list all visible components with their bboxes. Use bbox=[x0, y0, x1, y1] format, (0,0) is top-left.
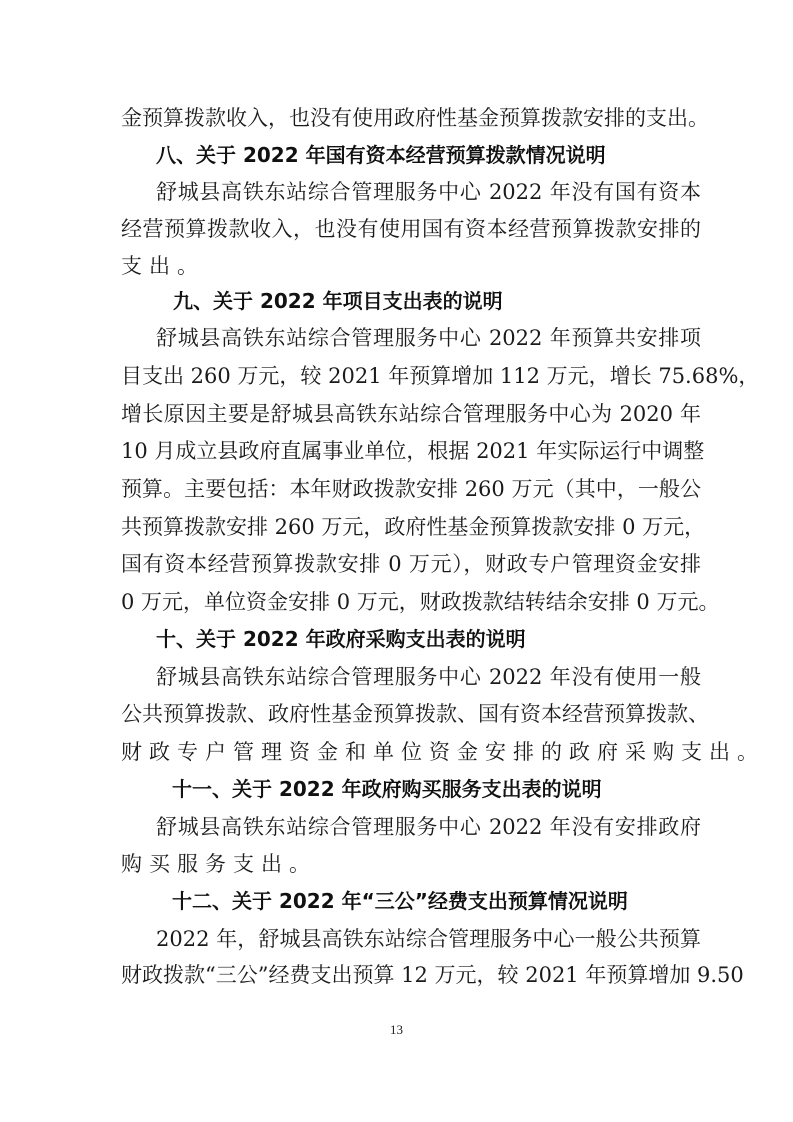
section-heading-9: 九、关于 2022 年项目支出表的说明 bbox=[173, 283, 503, 320]
body-text-line: 国有资本经营预算拨款安排 0 万元），财政专户管理资金安排 bbox=[121, 546, 701, 583]
body-text-line: 经营预算拨款收入，也没有使用国有资本经营预算拨款安排的 bbox=[121, 211, 701, 248]
section-heading-8: 八、关于 2022 年国有资本经营预算拨款情况说明 bbox=[156, 137, 606, 174]
section-heading-11: 十一、关于 2022 年政府购买服务支出表的说明 bbox=[172, 771, 602, 808]
body-text-line: 增长原因主要是舒城县高铁东站综合管理服务中心为 2020 年 bbox=[121, 396, 701, 433]
body-text-line: 购买服务支出。 bbox=[121, 846, 701, 883]
body-text-line: 0 万元，单位资金安排 0 万元，财政拨款结转结余安排 0 万元。 bbox=[121, 584, 701, 621]
body-text-line: 舒城县高铁东站综合管理服务中心 2022 年没有使用一般 bbox=[156, 659, 701, 696]
section-heading-12: 十二、关于 2022 年“三公”经费支出预算情况说明 bbox=[172, 883, 628, 920]
page-number: 13 bbox=[0, 1022, 793, 1038]
body-text-line: 共预算拨款安排 260 万元，政府性基金预算拨款安排 0 万元， bbox=[121, 509, 701, 546]
body-text-line: 目支出 260 万元，较 2021 年预算增加 112 万元，增长 75.68%… bbox=[121, 358, 701, 395]
body-text-line: 舒城县高铁东站综合管理服务中心 2022 年预算共安排项 bbox=[156, 320, 701, 357]
body-text-line: 公共预算拨款、政府性基金预算拨款、国有资本经营预算拨款、 bbox=[121, 696, 701, 733]
body-text-line: 金预算拨款收入，也没有使用政府性基金预算拨款安排的支出。 bbox=[121, 100, 701, 137]
body-text-line: 舒城县高铁东站综合管理服务中心 2022 年没有安排政府 bbox=[156, 809, 701, 846]
body-text-line: 财政专户管理资金和单位资金安排的政府采购支出。 bbox=[121, 734, 701, 771]
body-text-line: 10 月成立县政府直属事业单位，根据 2021 年实际运行中调整 bbox=[121, 433, 701, 470]
body-text-line: 预算。主要包括：本年财政拨款安排 260 万元（其中，一般公 bbox=[121, 471, 701, 508]
section-heading-10: 十、关于 2022 年政府采购支出表的说明 bbox=[156, 621, 526, 658]
body-text-line: 舒城县高铁东站综合管理服务中心 2022 年没有国有资本 bbox=[156, 174, 701, 211]
body-text-line: 2022 年，舒城县高铁东站综合管理服务中心一般公共预算 bbox=[156, 921, 701, 958]
body-text-line: 财政拨款“三公”经费支出预算 12 万元，较 2021 年预算增加 9.50 bbox=[121, 957, 701, 994]
body-text-line: 支出。 bbox=[121, 248, 701, 285]
document-page: 金预算拨款收入，也没有使用政府性基金预算拨款安排的支出。 八、关于 2022 年… bbox=[0, 0, 793, 1122]
